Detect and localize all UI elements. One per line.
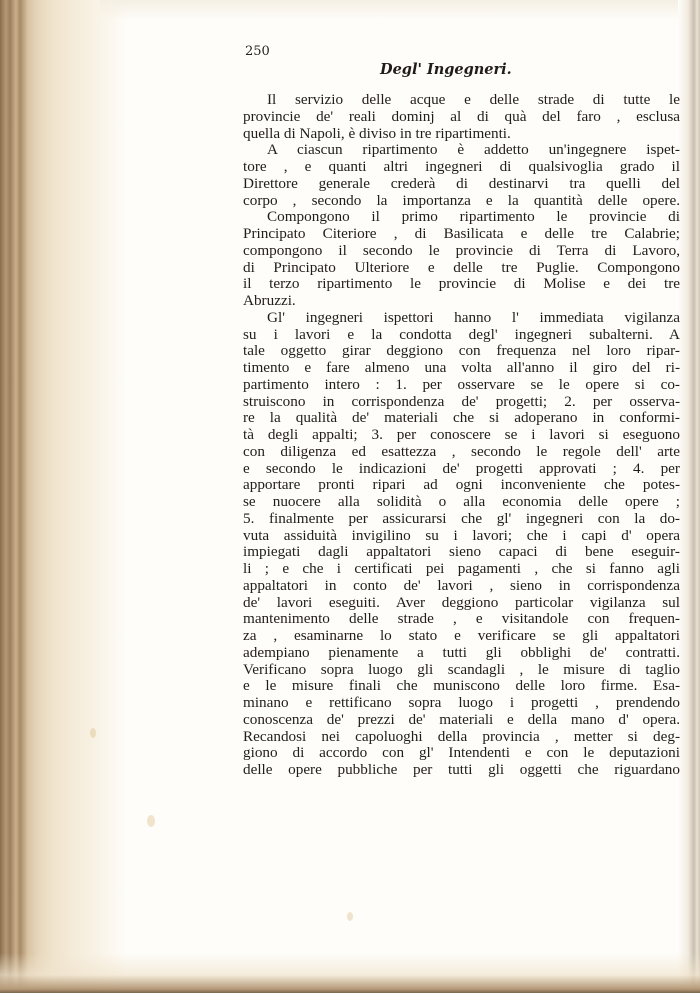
text-line: se nuocere alla solidità o alla economia… (243, 494, 680, 511)
text-line: su i lavori e la condotta degl' ingegner… (243, 327, 680, 344)
text-line: conoscenza de' prezzi de' materiali e de… (243, 712, 680, 729)
text-line: 5. finalmente per assicurarsi che gl' in… (243, 511, 680, 528)
text-line: tale oggetto girar deggiono con frequenz… (243, 343, 680, 360)
text-line: de' lavori eseguiti. Aver deggiono parti… (243, 595, 680, 612)
text-line: di Principato Ulteriore e delle tre Pugl… (243, 260, 680, 277)
page-number: 250 (245, 44, 270, 59)
text-line: Gl' ingegneri ispettori hanno l' immedia… (243, 310, 680, 327)
text-line: tà degli appalti; 3. per conoscere se i … (243, 427, 680, 444)
text-line: re la qualità de' materiali che si adope… (243, 410, 680, 427)
text-line: giono di accordo con gl' Intendenti e co… (243, 745, 680, 762)
paper-stain (347, 912, 353, 921)
scanned-book-page: 250 Degl' Ingegneri. Il servizio delle a… (0, 0, 700, 993)
text-line: con diligenza ed esattezza , secondo le … (243, 444, 680, 461)
text-line: za , esaminarne lo stato e verificare se… (243, 628, 680, 645)
paper-stain (147, 815, 155, 827)
text-line: e secondo le indicazioni de' progetti ap… (243, 461, 680, 478)
text-line: A ciascun ripartimento è addetto un'inge… (243, 142, 680, 159)
running-head: Degl' Ingegneri. (0, 61, 700, 78)
page-top-tint (100, 0, 700, 20)
text-line: tore , e quanti altri ingegneri di quals… (243, 159, 680, 176)
text-line: impiegati dagli appaltatori sieno capaci… (243, 544, 680, 561)
text-line: Direttore generale crederà di destinarvi… (243, 176, 680, 193)
text-line: vuta assiduità invigilino su i lavori; c… (243, 528, 680, 545)
paper-stain (90, 728, 96, 738)
text-line: provincie de' reali dominj al di quà del… (243, 109, 680, 126)
page-gutter-shading (52, 0, 127, 993)
text-line: corpo , secondo la importanza e la quant… (243, 193, 680, 210)
text-line: adempiano pienamente a tutti gli obbligh… (243, 645, 680, 662)
text-line: Recandosi nei capoluoghi della provincia… (243, 729, 680, 746)
text-line: il terzo ripartimento le provincie di Mo… (243, 276, 680, 293)
text-line: li ; e che i certificati pei pagamenti ,… (243, 561, 680, 578)
text-line: mantenimento delle strade , e visitandol… (243, 611, 680, 628)
text-line: Verificano sopra luogo gli scandagli , l… (243, 662, 680, 679)
page-right-edge (678, 0, 700, 993)
text-line: minano e rettificano sopra luogo i proge… (243, 695, 680, 712)
book-spine-edge (0, 0, 52, 993)
text-line: Il servizio delle acque e delle strade d… (243, 92, 680, 109)
text-line: delle opere pubbliche per tutti gli ogge… (243, 762, 680, 779)
text-line: compongono il secondo le provincie di Te… (243, 243, 680, 260)
text-line: Abruzzi. (243, 293, 680, 310)
body-text: Il servizio delle acque e delle strade d… (243, 92, 680, 779)
text-line: e le misure finali che muniscono delle l… (243, 678, 680, 695)
text-line: partimento intero : 1. per osservare se … (243, 377, 680, 394)
page-bottom-edge (0, 953, 700, 993)
text-line: apportare pronti ripari ad ogni inconven… (243, 477, 680, 494)
text-line: quella di Napoli, è diviso in tre ripart… (243, 126, 680, 143)
text-line: appaltatori in conto de' lavori , sieno … (243, 578, 680, 595)
text-line: Principato Citeriore , di Basilicata e d… (243, 226, 680, 243)
text-line: Compongono il primo ripartimento le prov… (243, 209, 680, 226)
text-line: timento e fare almeno una volta all'anno… (243, 360, 680, 377)
text-line: struiscono in corrispondenza de' progett… (243, 394, 680, 411)
